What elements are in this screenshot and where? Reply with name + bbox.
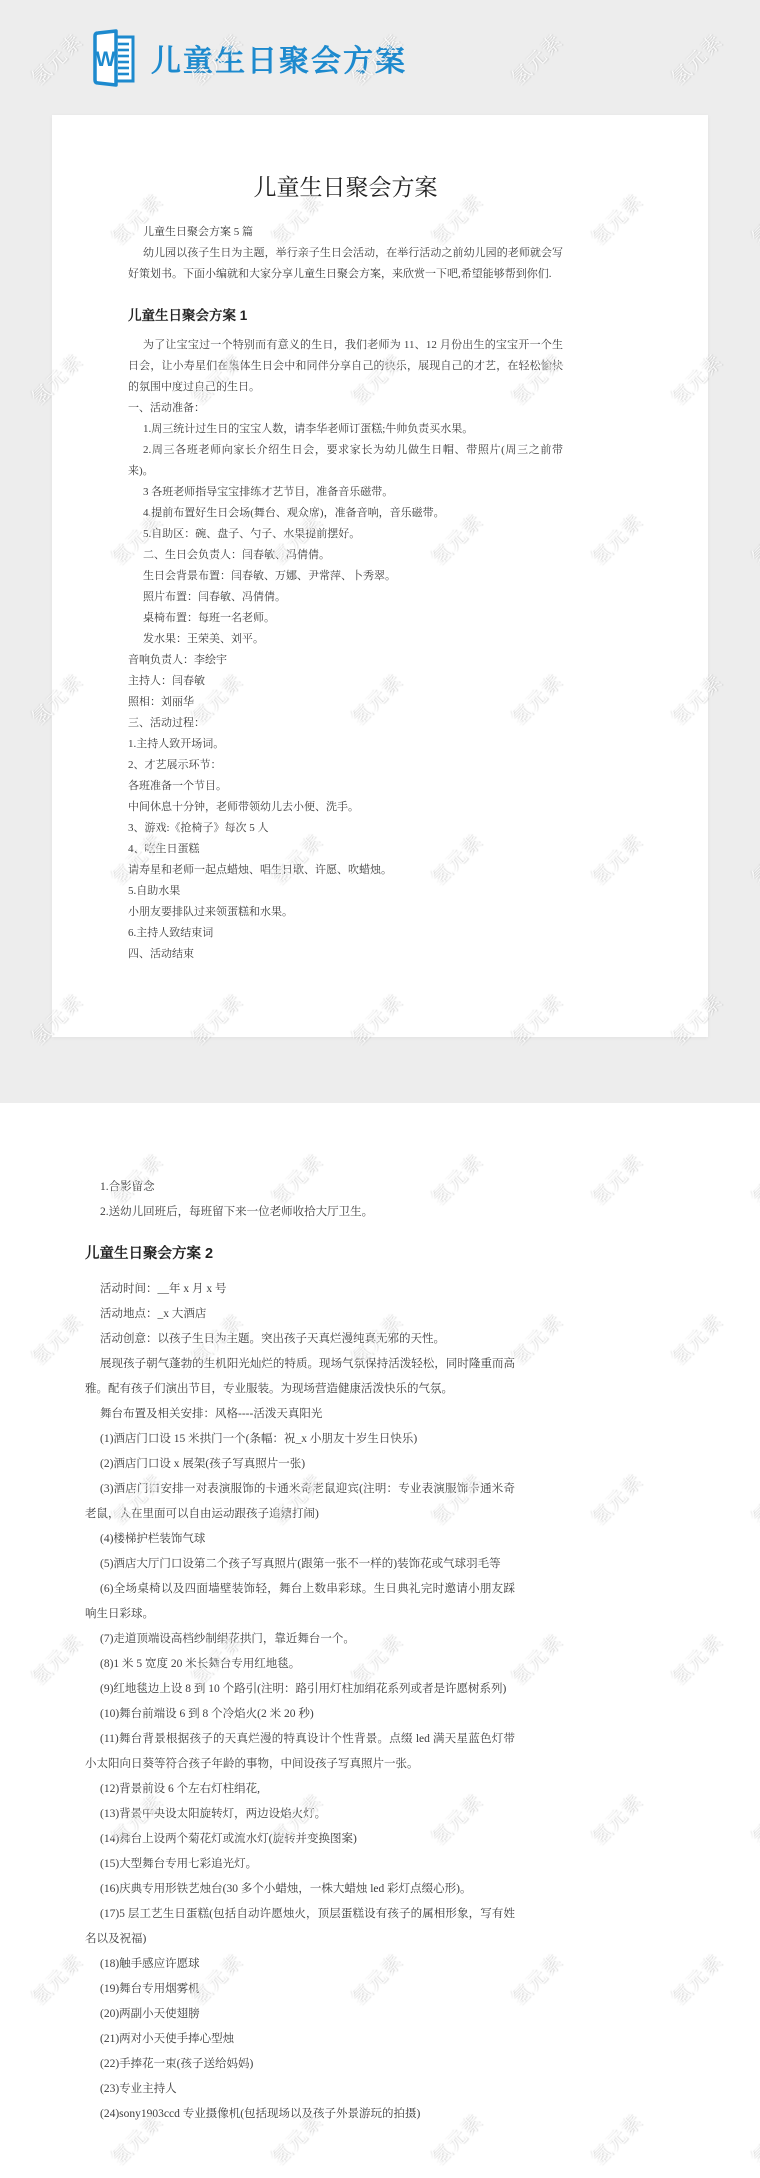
paragraph: 各班准备一个节目。 [128,776,563,797]
paragraph: (23)专业主持人 [85,2077,515,2102]
watermark: 氢元素 [745,507,760,571]
paragraph: (10)舞台前端设 6 到 8 个冷焰火(2 米 20 秒) [85,1702,515,1727]
paragraph: 2、才艺展示环节： [128,755,563,776]
svg-text:W: W [96,48,116,71]
section-heading: 儿童生日聚会方案 2 [85,1242,515,1267]
word-document-icon: W [90,28,136,88]
document-page-1: 儿童生日聚会方案 儿童生日聚会方案 5 篇幼儿园以孩子生日为主题，举行亲子生日会… [52,115,708,1037]
watermark: 氢元素 [745,827,760,891]
paragraph: 1.合影留念 [85,1175,515,1200]
paragraph: (11)舞台背景根据孩子的天真烂漫的特真设计个性背景。点缀 led 满天星蓝色灯… [85,1727,515,1777]
paragraph: 展现孩子朝气蓬勃的生机阳光灿烂的特质。现场气氛保持活泼轻松，同时隆重而高雅。配有… [85,1352,515,1402]
paragraph: 二、生日会负责人：闫春敏、冯倩倩。 [128,545,563,566]
paragraph: (17)5 层工艺生日蛋糕(包括自动许愿烛火，顶层蛋糕设有孩子的属相形象，写有姓… [85,1902,515,1952]
paragraph: 2.送幼儿回班后，每班留下来一位老师收拾大厅卫生。 [85,1200,515,1225]
paragraph: 发水果：王荣美、刘平。 [128,629,563,650]
site-header: W 儿童生日聚会方案 [0,0,760,115]
paragraph: 6.主持人致结束词 [128,923,563,944]
paragraph: 小朋友要排队过来领蛋糕和水果。 [128,902,563,923]
paragraph: 四、活动结束 [128,944,563,965]
paragraph: (13)背景中央设太阳旋转灯，两边设焰火灯。 [85,1802,515,1827]
watermark: 氢元素 [745,187,760,251]
paragraph: (9)红地毯边上设 8 到 10 个路引(注明：路引用灯柱加绢花系列或者是许愿树… [85,1677,515,1702]
paragraph: 3 各班老师指导宝宝排练才艺节目，准备音乐磁带。 [128,482,563,503]
page-gap [0,1037,760,1103]
paragraph: 3、游戏:《抢椅子》每次 5 人 [128,818,563,839]
paragraph: 活动地点：_x 大酒店 [85,1302,515,1327]
paragraph: 请寿星和老师一起点蜡烛、唱生日歌、许愿、吹蜡烛。 [128,860,563,881]
paragraph: 中间休息十分钟，老师带领幼儿去小便、洗手。 [128,797,563,818]
paragraph: (12)背景前设 6 个左右灯柱绢花, [85,1777,515,1802]
paragraph: (18)触手感应许愿球 [85,1952,515,1977]
paragraph: (5)酒店大厅门口设第二个孩子写真照片(跟第一张不一样的)装饰花或气球羽毛等 [85,1552,515,1577]
page2-body: 1.合影留念2.送幼儿回班后，每班留下来一位老师收拾大厅卫生。儿童生日聚会方案 … [85,1175,515,2127]
paragraph: (16)庆典专用形铁艺烛台(30 多个小蜡烛，一株大蜡烛 led 彩灯点缀心形)… [85,1877,515,1902]
paragraph: 5.自助水果 [128,881,563,902]
paragraph: 为了让宝宝过一个特别而有意义的生日，我们老师为 11、12 月份出生的宝宝开一个… [128,335,563,398]
paragraph: (24)sony1903ccd 专业摄像机(包括现场以及孩子外景游玩的拍摄) [85,2102,515,2127]
paragraph: 音响负责人：李绘宇 [128,650,563,671]
page: W 儿童生日聚会方案 儿童生日聚会方案 儿童生日聚会方案 5 篇幼儿园以孩子生日… [0,0,760,2178]
paragraph: 4、吃生日蛋糕 [128,839,563,860]
paragraph: 舞台布置及相关安排：风格----活泼天真阳光 [85,1402,515,1427]
paragraph: 一、活动准备： [128,398,563,419]
paragraph: (4)楼梯护栏装饰气球 [85,1527,515,1552]
paragraph: (2)酒店门口设 x 展架(孩子写真照片一张) [85,1452,515,1477]
paragraph: 2.周三各班老师向家长介绍生日会，要求家长为幼儿做生日帽、带照片(周三之前带来)… [128,440,563,482]
document-title: 儿童生日聚会方案 [128,169,563,202]
paragraph: 三、活动过程： [128,713,563,734]
paragraph: 1.主持人致开场词。 [128,734,563,755]
paragraph: 照相：刘丽华 [128,692,563,713]
section-heading: 儿童生日聚会方案 1 [128,305,563,326]
paragraph: (7)走道顶端设高档纱制绢花拱门，靠近舞台一个。 [85,1627,515,1652]
paragraph: 1.周三统计过生日的宝宝人数，请李华老师订蛋糕;牛帅负责买水果。 [128,419,563,440]
paragraph: (22)手捧花一束(孩子送给妈妈) [85,2052,515,2077]
paragraph: (21)两对小天使手捧心型烛 [85,2027,515,2052]
paragraph: (14)舞台上设两个菊花灯或流水灯(旋转并变换图案) [85,1827,515,1852]
paragraph: 照片布置：闫春敏、冯倩倩。 [128,587,563,608]
site-title: 儿童生日聚会方案 [151,36,407,80]
paragraph: 幼儿园以孩子生日为主题，举行亲子生日会活动，在举行活动之前幼儿园的老师就会写好策… [128,243,563,285]
paragraph: (15)大型舞台专用七彩追光灯。 [85,1852,515,1877]
paragraph: (6)全场桌椅以及四面墙壁装饰轻，舞台上数串彩球。生日典礼完时邀请小朋友踩响生日… [85,1577,515,1627]
paragraph: (8)1 米 5 宽度 20 米长舞台专用红地毯。 [85,1652,515,1677]
paragraph: (20)两副小天使翅膀 [85,2002,515,2027]
paragraph: 活动时间：__年 x 月 x 号 [85,1277,515,1302]
paragraph: 儿童生日聚会方案 5 篇 [128,222,563,243]
paragraph: 生日会背景布置：闫春敏、万娜、尹常萍、卜秀翠。 [128,566,563,587]
page1-body: 儿童生日聚会方案 5 篇幼儿园以孩子生日为主题，举行亲子生日会活动，在举行活动之… [128,222,563,965]
paragraph: 活动创意：以孩子生日为主题。突出孩子天真烂漫纯真无邪的天性。 [85,1327,515,1352]
paragraph: (1)酒店门口设 15 米拱门一个(条幅：祝_x 小朋友十岁生日快乐) [85,1427,515,1452]
paragraph: 4.提前布置好生日会场(舞台、观众席)，准备音响，音乐磁带。 [128,503,563,524]
paragraph: 桌椅布置：每班一名老师。 [128,608,563,629]
paragraph: 主持人：闫春敏 [128,671,563,692]
paragraph: (19)舞台专用烟雾机 [85,1977,515,2002]
paragraph: (3)酒店门口安排一对表演服饰的卡通米奇老鼠迎宾(注明：专业表演服饰卡通米奇老鼠… [85,1477,515,1527]
document-page-2: 1.合影留念2.送幼儿回班后，每班留下来一位老师收拾大厅卫生。儿童生日聚会方案 … [0,1103,760,2178]
paragraph: 5.自助区：碗、盘子、勺子、水果提前摆好。 [128,524,563,545]
